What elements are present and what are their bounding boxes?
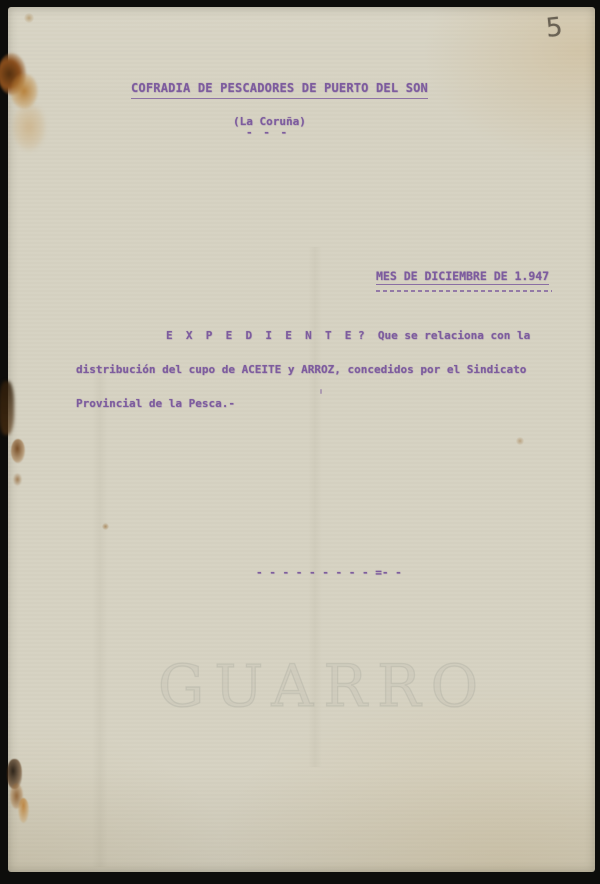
place-underline-dashes: - - - [246, 127, 289, 140]
rust-dot-middle-left-small [13, 473, 22, 486]
scanned-document-frame: 5 COFRADIA DE PESCADORES DE PUERTO DEL S… [0, 0, 600, 884]
expediente-line-3: Provincial de la Pesca.- [76, 398, 235, 411]
speck-center-right [516, 437, 524, 445]
paper-crease [92, 367, 108, 867]
ink-speck [320, 389, 322, 394]
date-line: MES DE DICIEMBRE DE 1.947 [376, 270, 549, 285]
document-page: 5 COFRADIA DE PESCADORES DE PUERTO DEL S… [8, 7, 595, 872]
rust-drip-lower-left [18, 798, 29, 823]
pencil-page-number: 5 [544, 12, 564, 44]
separator-dashes: - - - - - - - - - =- - [256, 567, 402, 580]
speck-center-left [102, 523, 109, 530]
paper-watermark: GUARRO [158, 652, 488, 720]
document-title: COFRADIA DE PESCADORES DE PUERTO DEL SON [131, 82, 428, 99]
speck-top-left [24, 13, 34, 23]
date-dashed-underline [376, 290, 552, 292]
foxing-spot-upper-left [12, 103, 46, 151]
rust-streak-middle-left [0, 381, 14, 435]
rust-dot-middle-left [11, 439, 25, 463]
expediente-line-2: distribución del cupo de ACEITE y ARROZ,… [76, 364, 526, 377]
expediente-line-1: E X P E D I E N T E ? Que se relaciona c… [166, 330, 530, 343]
